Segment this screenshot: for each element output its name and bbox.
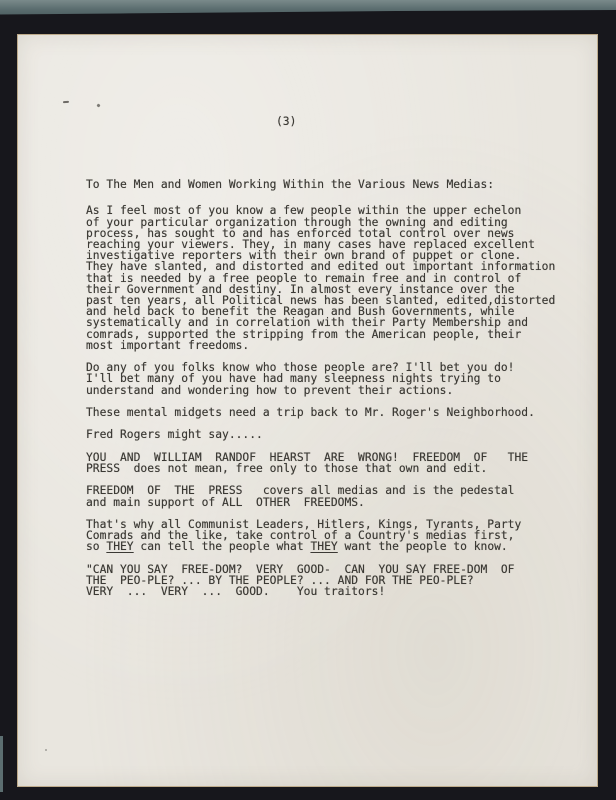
salutation: To The Men and Women Working Within the … (86, 179, 583, 190)
paragraph: FREEDOM OF THE PRESS covers all medias a… (86, 485, 583, 507)
paper: (3) To The Men and Women Working Within … (17, 34, 598, 787)
page-number: (3) (86, 116, 583, 127)
typewritten-letter: (3) To The Men and Women Working Within … (86, 116, 583, 609)
text-line: VERY ... VERY ... GOOD. You traitors! (86, 586, 583, 597)
paragraph: Do any of you folks know who those peopl… (86, 362, 583, 396)
underlined-word: THEY (106, 540, 133, 553)
paragraph: YOU AND WILLIAM RANDOF HEARST ARE WRONG!… (86, 452, 583, 474)
text-line: FREEDOM OF THE PRESS covers all medias a… (86, 485, 583, 496)
text-line: These mental midgets need a trip back to… (86, 407, 583, 418)
text-line: They have slanted, and distorted and edi… (86, 261, 583, 272)
text-line: Fred Rogers might say..... (86, 429, 583, 440)
pencil-mark (96, 103, 100, 107)
underlined-word: THEY (310, 540, 337, 553)
text-line: and main support of ALL OTHER FREEDOMS. (86, 497, 583, 508)
document-body: As I feel most of you know a few people … (86, 205, 583, 597)
text-line: understand and wondering how to prevent … (86, 385, 583, 396)
scanner-backdrop-strip (0, 0, 616, 16)
paragraph: That's why all Communist Leaders, Hitler… (86, 519, 583, 553)
text-line: I'll bet many of you have had many sleep… (86, 373, 583, 384)
pencil-mark (45, 749, 47, 751)
text-line: so THEY can tell the people what THEY wa… (86, 541, 583, 552)
scanner-backdrop-sliver (0, 736, 3, 792)
paragraph: Fred Rogers might say..... (86, 429, 583, 440)
text-line: systematically and in correlation with t… (86, 317, 583, 328)
paragraph: These mental midgets need a trip back to… (86, 407, 583, 418)
text-line: PRESS does not mean, free only to those … (86, 463, 583, 474)
paragraph: "CAN YOU SAY FREE-DOM? VERY GOOD- CAN YO… (86, 564, 583, 598)
paragraph: As I feel most of you know a few people … (86, 205, 583, 351)
scanned-page-view: { "scan": { "colors": { "backdrop": "#5c… (0, 0, 616, 800)
text-line: As I feel most of you know a few people … (86, 205, 583, 216)
text-line: most important freedoms. (86, 340, 583, 351)
pencil-mark (63, 101, 69, 103)
